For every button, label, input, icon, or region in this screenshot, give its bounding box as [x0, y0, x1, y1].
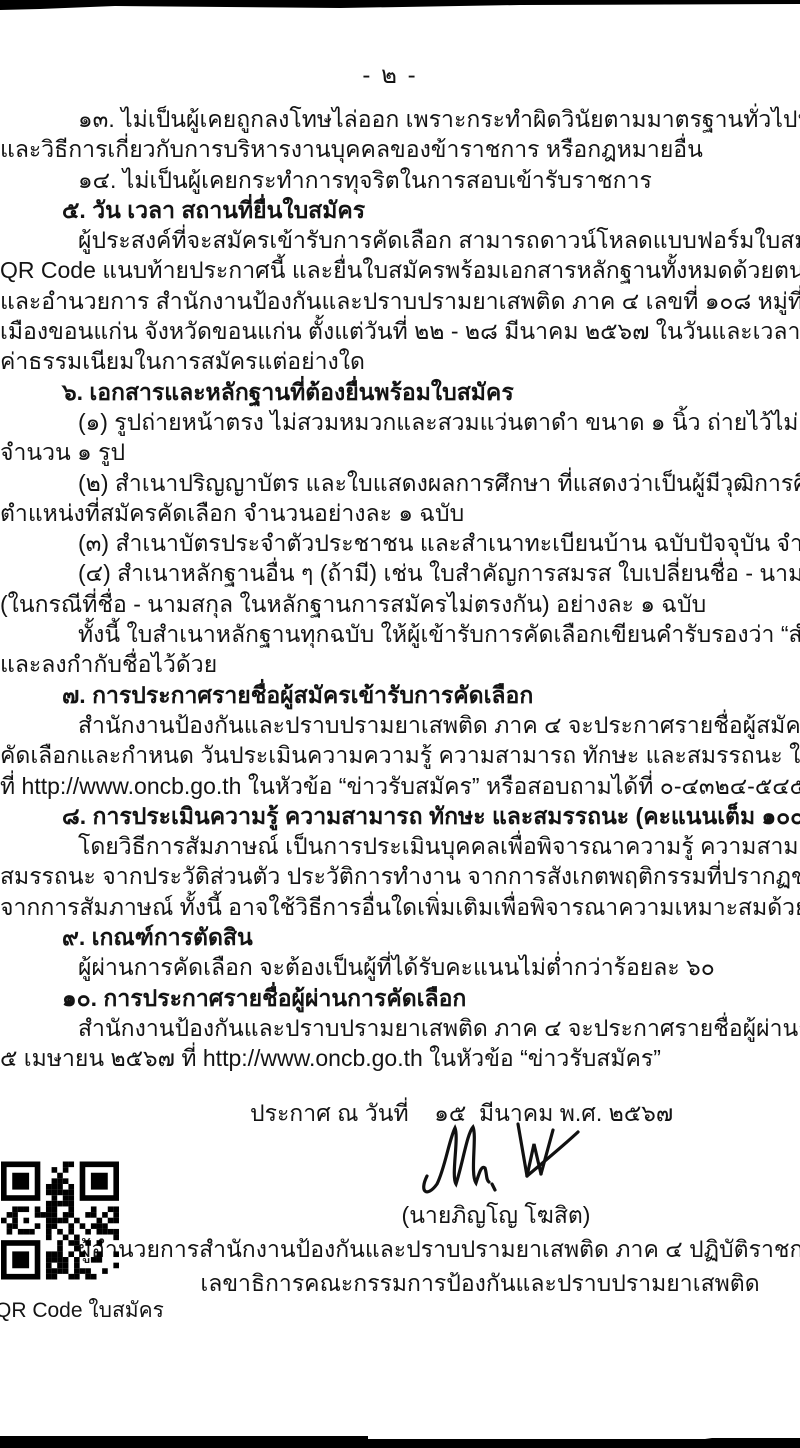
page-number: - ๒ -: [0, 55, 780, 94]
doc-line-21: สำนักงานป้องกันและปราบปรามยาเสพติด ภาค ๔…: [0, 710, 800, 740]
doc-line-29: ผู้ผ่านการคัดเลือก จะต้องเป็นผู้ที่ได้รั…: [0, 952, 800, 982]
doc-line-32: ๕ เมษายน ๒๕๖๗ ที่ http://www.oncb.go.th …: [0, 1043, 800, 1073]
doc-line-14: ตำแหน่งที่สมัครคัดเลือก จำนวนอย่างละ ๑ ฉ…: [0, 498, 800, 528]
doc-line-5: ผู้ประสงค์ที่จะสมัครเข้ารับการคัดเลือก ส…: [0, 225, 800, 255]
doc-line-15: (๓) สำเนาบัตรประจำตัวประชาชน และสำเนาทะเ…: [0, 528, 800, 558]
doc-line-22: คัดเลือกและกำหนด วันประเมินความความรู้ ค…: [0, 740, 800, 770]
doc-line-20: ๗. การประกาศรายชื่อผู้สมัครเข้ารับการคัด…: [0, 680, 800, 710]
signer-title-line-2: เลขาธิการคณะกรรมการป้องกันและปราบปรามยาเ…: [200, 1266, 759, 1302]
doc-line-8: เมืองขอนแก่น จังหวัดขอนแก่น ตั้งแต่วันที…: [0, 316, 800, 346]
signer-title-line-1: ผู้อำนวยการสำนักงานป้องกันและปราบปรามยาเ…: [78, 1232, 800, 1268]
doc-line-27: จากการสัมภาษณ์ ทั้งนี้ อาจใช้วิธีการอื่น…: [0, 892, 800, 922]
signature-scribble: [415, 1118, 585, 1200]
scan-artifact-bottom: [0, 1434, 800, 1448]
doc-line-23: ที่ http://www.oncb.go.th ในหัวข้อ “ข่าว…: [0, 771, 800, 801]
doc-line-3: ๑๔. ไม่เป็นผู้เคยกระทำการทุจริตในการสอบเ…: [0, 165, 800, 195]
document-body: ๑๓. ไม่เป็นผู้เคยถูกลงโทษไล่ออก เพราะกระ…: [0, 104, 800, 1074]
doc-line-10: ๖. เอกสารและหลักฐานที่ต้องยื่นพร้อมใบสมั…: [0, 377, 800, 407]
doc-line-6: QR Code แนบท้ายประกาศนี้ และยื่นใบสมัครพ…: [0, 255, 800, 285]
doc-line-2: และวิธีการเกี่ยวกับการบริหารงานบุคคลของข…: [0, 134, 800, 164]
doc-line-9: ค่าธรรมเนียมในการสมัครแต่อย่างใด: [0, 346, 800, 376]
scan-artifact-top: [0, 0, 800, 12]
qr-code: [1, 1153, 119, 1288]
doc-line-24: ๘. การประเมินความรู้ ความสามารถ ทักษะ แล…: [0, 801, 800, 831]
doc-line-13: (๒) สำเนาปริญญาบัตร และใบแสดงผลการศึกษา …: [0, 468, 800, 498]
signer-name: (นายภิญโญ โฆสิต): [402, 1198, 591, 1234]
doc-line-25: โดยวิธีการสัมภาษณ์ เป็นการประเมินบุคคลเพ…: [0, 831, 800, 861]
doc-line-7: และอำนวยการ สำนักงานป้องกันและปราบปรามยา…: [0, 286, 800, 316]
doc-line-12: จำนวน ๑ รูป: [0, 437, 800, 467]
doc-line-11: (๑) รูปถ่ายหน้าตรง ไม่สวมหมวกและสวมแว่นต…: [0, 407, 800, 437]
scanned-document-page: - ๒ - ๑๓. ไม่เป็นผู้เคยถูกลงโทษไล่ออก เพ…: [0, 0, 800, 1448]
doc-line-17: (ในกรณีที่ชื่อ - นามสกุล ในหลักฐานการสมั…: [0, 589, 800, 619]
doc-line-1: ๑๓. ไม่เป็นผู้เคยถูกลงโทษไล่ออก เพราะกระ…: [0, 104, 800, 134]
doc-line-30: ๑๐. การประกาศรายชื่อผู้ผ่านการคัดเลือก: [0, 983, 800, 1013]
doc-line-28: ๙. เกณฑ์การตัดสิน: [0, 922, 800, 952]
doc-line-18: ทั้งนี้ ใบสำเนาหลักฐานทุกฉบับ ให้ผู้เข้า…: [0, 619, 800, 649]
doc-line-31: สำนักงานป้องกันและปราบปรามยาเสพติด ภาค ๔…: [0, 1013, 800, 1043]
doc-line-26: สมรรถนะ จากประวัติส่วนตัว ประวัติการทำงา…: [0, 861, 800, 891]
qr-code-caption: QR Code ใบสมัคร: [0, 1294, 164, 1327]
doc-line-16: (๔) สำเนาหลักฐานอื่น ๆ (ถ้ามี) เช่น ใบสำ…: [0, 558, 800, 588]
doc-line-4: ๕. วัน เวลา สถานที่ยื่นใบสมัคร: [0, 195, 800, 225]
doc-line-19: และลงกำกับชื่อไว้ด้วย: [0, 649, 800, 679]
